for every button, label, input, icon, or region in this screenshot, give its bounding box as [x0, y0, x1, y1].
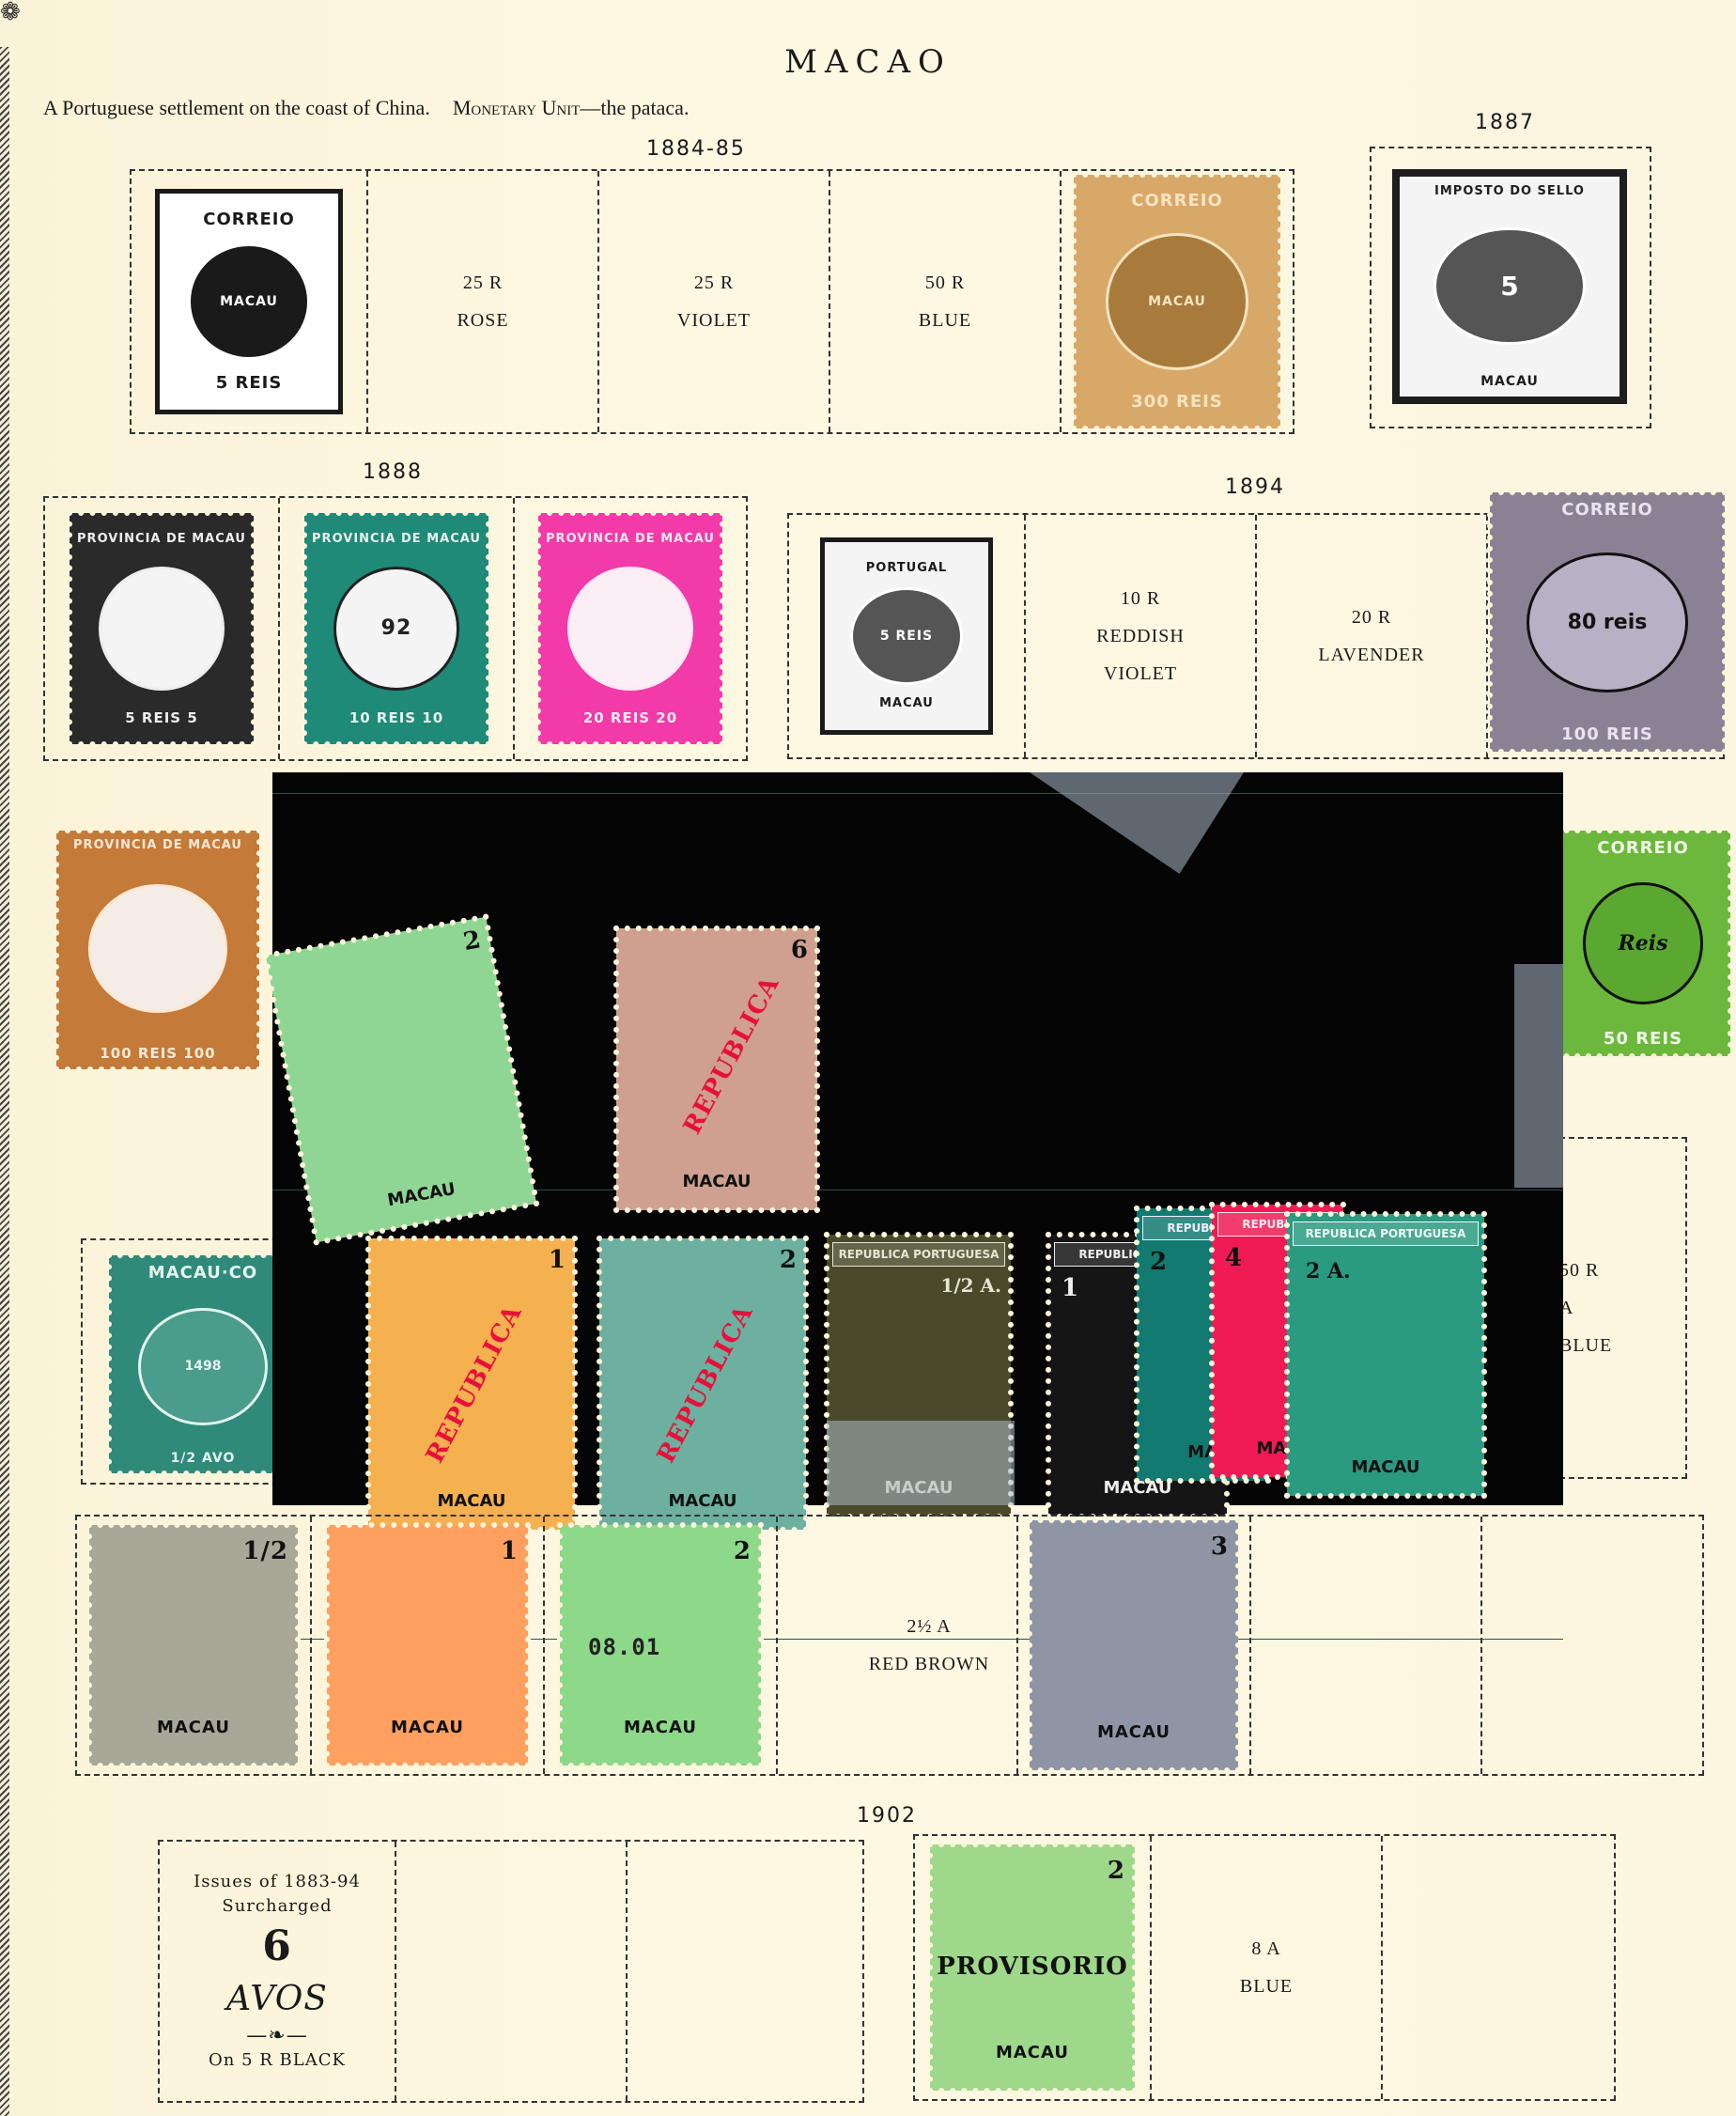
stamp-1888-100r[interactable]: PROVINCIA DE MACAU 100 REIS 100 [56, 831, 259, 1069]
stamp-1884-5r[interactable]: CORREIO MACAU 5 REIS [155, 189, 343, 414]
stamp-space[interactable]: 2 PROVISORIO MACAU [915, 1836, 1152, 2099]
section-year-1884: 1884-85 [646, 137, 746, 161]
surcharge-note: Issues of 1883-94 Surcharged 6 AVOS —❧— … [160, 1842, 396, 2101]
stamp-carlos-half-avo[interactable]: 1/2 MACAU [89, 1525, 298, 1766]
monetary-unit-value: —the pataca. [580, 96, 689, 119]
stockcard-stamp-6-avos-republica[interactable]: 6 REPUBLICA MACAU [616, 928, 817, 1210]
stamp-space[interactable]: PROVINCIA DE MACAU 92 10 REIS 10 [280, 498, 515, 759]
section-1884-box: CORREIO MACAU 5 REIS 25 R ROSE 25 R VIOL… [130, 169, 1294, 434]
stamp-1888-5r[interactable]: PROVINCIA DE MACAU 5 REIS 5 [70, 513, 254, 744]
stockcard-stamp-2-avos-green[interactable]: 2 MACAU [266, 917, 536, 1243]
hinge-tape [827, 1421, 1015, 1505]
section-1898-box: MACAU·CO 1498 1/2 AVO [81, 1238, 287, 1485]
section-year-1888: 1888 [363, 460, 423, 484]
stamp-space-25r-rose[interactable]: 25 R ROSE [368, 171, 599, 432]
stamp-space-50r-blue[interactable]: 50 R A BLUE [1559, 1139, 1685, 1477]
section-1902-left-box: Issues of 1883-94 Surcharged 6 AVOS —❧— … [158, 1840, 864, 2103]
stamp-carlos-2-avos[interactable]: 2 08.01 MACAU [560, 1525, 761, 1766]
stockcard-stamp-2-avos-republica[interactable]: 2 REPUBLICA MACAU [599, 1238, 806, 1530]
section-year-1887: 1887 [1475, 111, 1535, 134]
stamp-1888-10r[interactable]: PROVINCIA DE MACAU 92 10 REIS 10 [304, 513, 488, 744]
stockcard-overlay: 2 MACAU 6 REPUBLICA MACAU 1 REPUBLICA MA… [272, 772, 1563, 1505]
stamp-1894-80r-on-100r[interactable]: CORREIO 80 reis 100 REIS [1490, 492, 1725, 752]
corner-ornament-icon: ❁ [0, 0, 21, 24]
section-year-1902: 1902 [857, 1804, 917, 1828]
stamp-space[interactable] [628, 1842, 862, 2101]
section-1902-right-box: 2 PROVISORIO MACAU 8 A BLUE [913, 1834, 1616, 2101]
stamp-1902-provisorio[interactable]: 2 PROVISORIO MACAU [930, 1844, 1135, 2091]
monetary-unit-label: Monetary Unit [453, 96, 581, 119]
stamp-space[interactable]: 1/2 MACAU [77, 1517, 312, 1774]
stamp-space[interactable]: CORREIO MACAU 5 REIS [132, 171, 368, 432]
section-1898-carlos-box: 1/2 MACAU 1 MACAU 2 08.01 MACAU 2½ A RED… [75, 1515, 1704, 1776]
provisorio-overprint: PROVISORIO [930, 1948, 1135, 1985]
surcharge-word: AVOS [226, 1975, 328, 2024]
stamp-space[interactable] [1251, 1517, 1482, 1774]
section-1888-box: PROVINCIA DE MACAU 5 REIS 5 PROVINCIA DE… [43, 496, 748, 761]
stamp-space[interactable]: 1 MACAU [312, 1517, 545, 1774]
stamp-space-8a-blue[interactable]: 8 A BLUE [1152, 1836, 1383, 2099]
section-year-1894: 1894 [1225, 475, 1285, 499]
stamp-carlos-3-avos[interactable]: 3 MACAU [1030, 1520, 1238, 1770]
ornament-icon: —❧— [246, 2024, 307, 2048]
surcharge-numeral: 6 [262, 1919, 292, 1975]
stamp-space-25r-violet[interactable]: 25 R VIOLET [599, 171, 830, 432]
stamp-space[interactable]: 3 MACAU [1016, 1517, 1251, 1774]
stamp-space[interactable]: 2 08.01 MACAU [545, 1517, 778, 1774]
album-page: ❁ MACAO A Portuguese settlement on the c… [0, 0, 1736, 2116]
stockcard-stamp-ceres-2a[interactable]: REPUBLICA PORTUGUESA 2 A. MACAU [1287, 1214, 1484, 1496]
stamp-space[interactable]: PORTUGAL 5 REIS MACAU [789, 515, 1026, 757]
stamp-space[interactable]: CORREIO MACAU 300 REIS [1062, 171, 1293, 432]
stamp-space-50r-blue[interactable]: 50 R BLUE [830, 171, 1062, 432]
stockcard-stamp-1-avo-republica[interactable]: 1 REPUBLICA MACAU [368, 1238, 575, 1530]
stamp-1894-5r[interactable]: PORTUGAL 5 REIS MACAU [820, 537, 993, 735]
stamp-1898-half-avo[interactable]: MACAU·CO 1498 1/2 AVO [109, 1255, 297, 1473]
page-subtitle: A Portuguese settlement on the coast of … [43, 96, 689, 120]
stamp-1894-surcharge-reis[interactable]: CORREIO Reis 50 REIS [1556, 831, 1730, 1056]
stamp-1884-300r[interactable]: CORREIO MACAU 300 REIS [1074, 175, 1280, 428]
section-1898-space-box: 50 R A BLUE [1559, 1137, 1687, 1479]
stamp-space[interactable] [396, 1842, 628, 2101]
stamp-space[interactable]: PROVINCIA DE MACAU 5 REIS 5 [45, 498, 280, 759]
section-1887-box: IMPOSTO DO SELLO 5 MACAU [1370, 147, 1651, 428]
hinge-tape [1514, 964, 1563, 1188]
page-title: MACAO [0, 43, 1736, 81]
stamp-1887-5r[interactable]: IMPOSTO DO SELLO 5 MACAU [1392, 169, 1627, 404]
stamp-space-20r-lavender[interactable]: 20 R LAVENDER [1257, 515, 1488, 757]
stamp-space[interactable] [1383, 1836, 1614, 2099]
stamp-carlos-1-avo[interactable]: 1 MACAU [327, 1525, 528, 1766]
stamp-space[interactable]: PROVINCIA DE MACAU 20 REIS 20 [515, 498, 746, 759]
binding-edge [0, 47, 9, 2116]
stamp-space-10r-reddish-violet[interactable]: 10 R REDDISH VIOLET [1026, 515, 1257, 757]
hinge-tape [1030, 772, 1244, 874]
stamp-1888-20r[interactable]: PROVINCIA DE MACAU 20 REIS 20 [538, 513, 722, 744]
stamp-space[interactable] [1482, 1517, 1702, 1774]
